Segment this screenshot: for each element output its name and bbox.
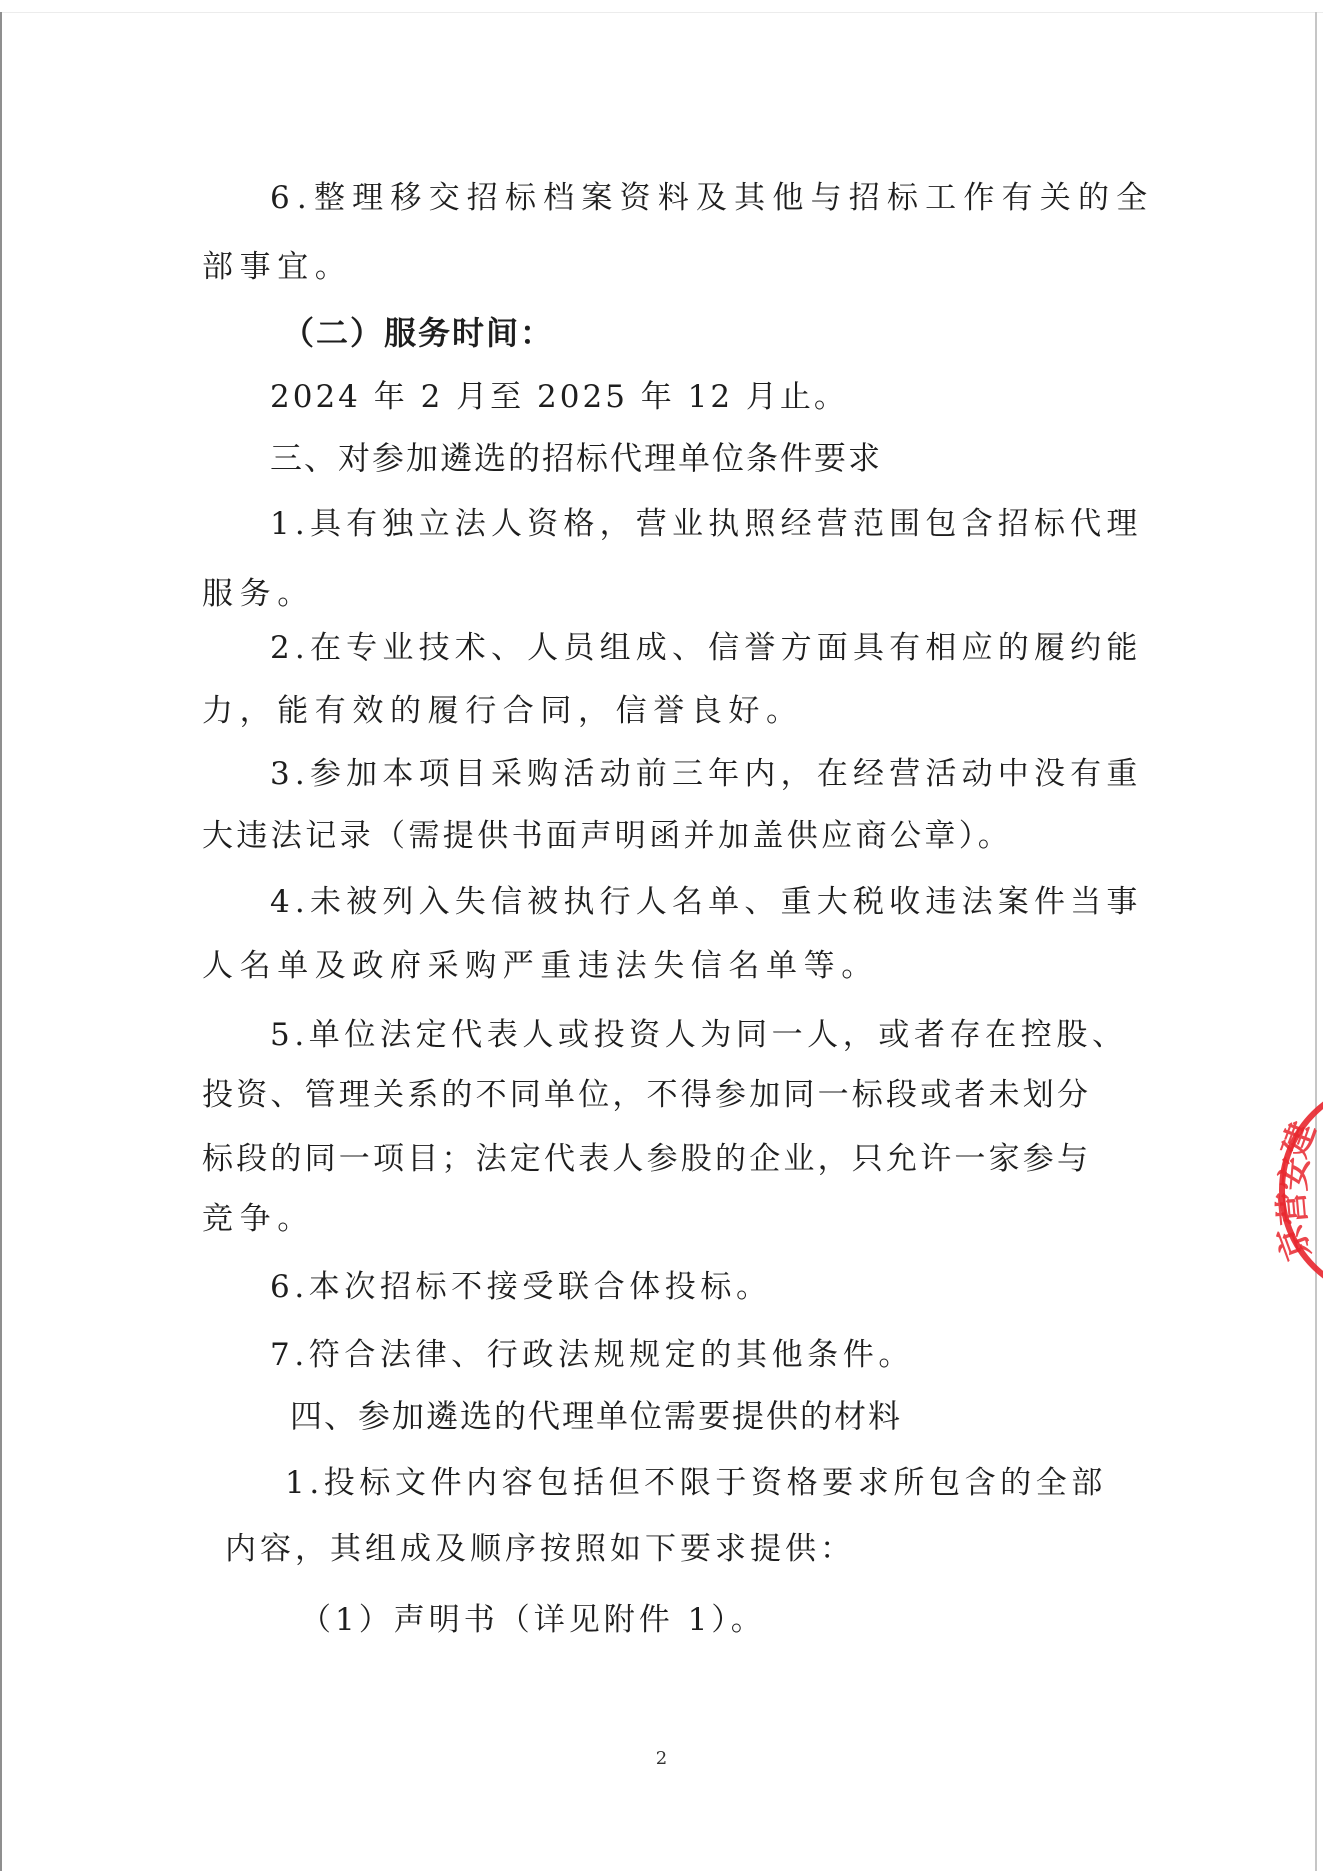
page-number: 2 xyxy=(0,1748,1323,1769)
scan-edge-top xyxy=(0,12,1323,13)
requirement-7: 7.符合法律、行政法规规定的其他条件。 xyxy=(270,1335,914,1375)
svg-text:建: 建 xyxy=(1275,1117,1323,1163)
paragraph-line-item6: 6.整理移交招标档案资料及其他与招标工作有关的全 xyxy=(270,178,1154,218)
requirement-5-cont3: 竞争。 xyxy=(202,1199,315,1239)
section-heading-4: 四、参加遴选的代理单位需要提供的材料 xyxy=(290,1396,902,1436)
requirement-5-cont1: 投资、管理关系的不同单位，不得参加同一标段或者未划分 xyxy=(202,1075,1091,1115)
requirement-1-cont: 服务。 xyxy=(202,574,315,614)
paragraph-line-item6-cont: 部事宜。 xyxy=(202,247,352,287)
requirement-6: 6.本次招标不接受联合体投标。 xyxy=(270,1267,772,1307)
scan-edge-right xyxy=(1315,12,1317,1871)
material-1-cont: 内容，其组成及顺序按照如下要求提供： xyxy=(225,1529,855,1569)
requirement-2: 2.在专业技术、人员组成、信誉方面具有相应的履约能 xyxy=(270,628,1143,668)
requirement-5-cont2: 标段的同一项目；法定代表人参股的企业，只允许一家参与 xyxy=(202,1139,1091,1179)
section-heading-3: 三、对参加遴选的招标代理单位条件要求 xyxy=(270,438,882,478)
requirement-5: 5.单位法定代表人或投资人为同一人，或者存在控股、 xyxy=(270,1015,1128,1055)
official-seal-stamp: 建 安 营 京 xyxy=(1270,1075,1323,1305)
requirement-1: 1.具有独立法人资格，营业执照经营范围包含招标代理 xyxy=(270,504,1143,544)
requirement-3-cont: 大违法记录（需提供书面声明函并加盖供应商公章）。 xyxy=(202,816,1012,856)
scan-edge-left xyxy=(0,12,2,1871)
service-time-value: 2024 年 2 月至 2025 年 12 月止。 xyxy=(270,377,848,417)
requirement-3: 3.参加本项目采购活动前三年内，在经营活动中没有重 xyxy=(270,754,1143,794)
material-1: 1.投标文件内容包括但不限于资格要求所包含的全部 xyxy=(285,1463,1107,1503)
requirement-2-cont: 力，能有效的履行合同，信誉良好。 xyxy=(202,691,804,731)
material-1-item-1: （1）声明书（详见附件 1）。 xyxy=(300,1600,766,1640)
requirement-4: 4.未被列入失信被执行人名单、重大税收违法案件当事 xyxy=(270,882,1143,922)
subheading-service-time: （二）服务时间： xyxy=(282,313,554,353)
svg-text:安: 安 xyxy=(1274,1155,1317,1192)
requirement-4-cont: 人名单及政府采购严重违法失信名单等。 xyxy=(202,946,879,986)
